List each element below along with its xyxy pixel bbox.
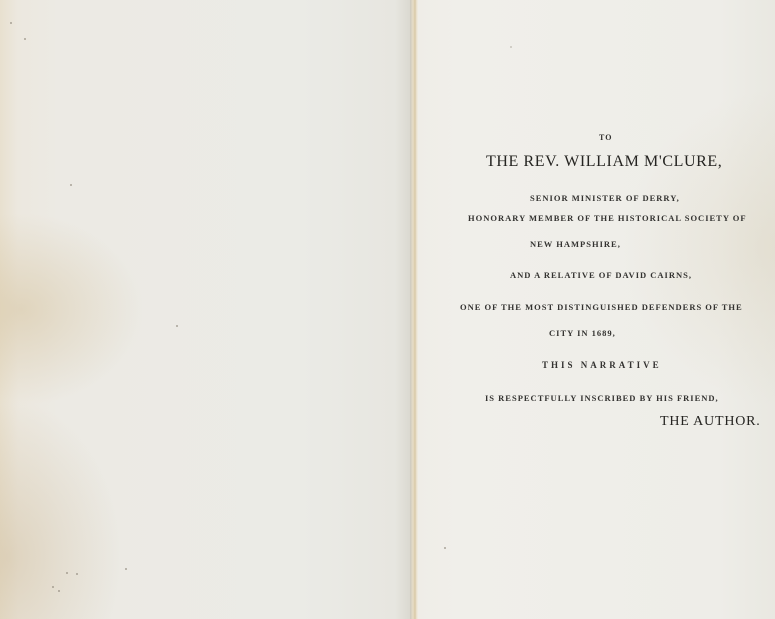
foxing-spot [76,573,78,575]
description-line-2: CITY IN 1689, [549,328,616,338]
book-spread: TO THE REV. WILLIAM M'CLURE, SENIOR MINI… [0,0,775,619]
foxing-spot [125,568,127,570]
foxing-spot [52,586,54,588]
foxing-spot [10,22,12,24]
recipient-relation: AND A RELATIVE OF DAVID CAIRNS, [510,270,692,280]
dedication-to: TO [599,133,612,142]
foxing-spot [24,38,26,40]
recipient-title-line-2: HONORARY MEMBER OF THE HISTORICAL SOCIET… [468,213,747,223]
dedication-block: TO THE REV. WILLIAM M'CLURE, SENIOR MINI… [418,0,775,619]
foxing-spot [70,184,72,186]
foxing-spot [176,325,178,327]
foxing-spot [66,572,68,574]
left-page-blank [0,0,413,619]
foxing-spot [58,590,60,592]
recipient-title-line-3: NEW HAMPSHIRE, [530,239,621,249]
recipient-title-line-1: SENIOR MINISTER OF DERRY, [530,193,680,203]
dedication-recipient: THE REV. WILLIAM M'CLURE, [486,153,722,171]
author-signature: THE AUTHOR. [660,414,761,430]
inscription-line: IS RESPECTFULLY INSCRIBED BY HIS FRIEND, [485,393,719,403]
description-line-1: ONE OF THE MOST DISTINGUISHED DEFENDERS … [460,302,743,312]
narrative-line: THIS NARRATIVE [542,360,662,370]
